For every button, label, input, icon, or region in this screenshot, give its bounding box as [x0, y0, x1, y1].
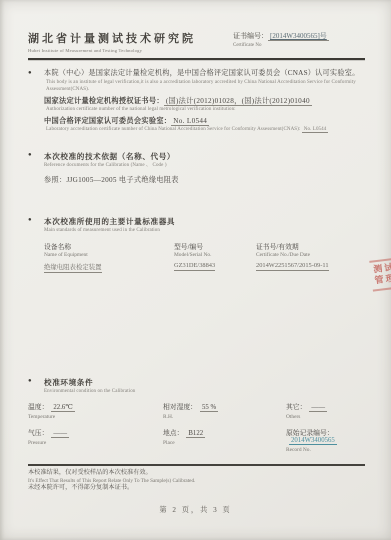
- environment-title-en: Environmental condition on the Calibrati…: [44, 388, 365, 395]
- standards-title-en: Main standards of measurement used in th…: [44, 227, 365, 234]
- certificate-no: 证书编号：[2014W3400565]号: [233, 31, 365, 41]
- equipment-name-value: 绝缘电阻表检定装置: [44, 262, 174, 271]
- reference-title-cn: 本次校准的技术依据（名称、代号）: [44, 151, 365, 162]
- page-number: 第 2 页，共 3 页: [0, 505, 391, 515]
- field-value: ——: [309, 404, 327, 412]
- cnas-en-label: Laboratory accreditation certificate num…: [46, 127, 302, 132]
- section-environment: ● 校准环境条件 Environmental condition on the …: [28, 377, 365, 395]
- bullet-icon: ●: [28, 378, 32, 384]
- col-header-en: Model/Serial No.: [174, 252, 256, 258]
- cnas-line-en: Laboratory accreditation certificate num…: [46, 126, 365, 133]
- footer-notes: 本校准结果，仅对受校样品的本次校准有效。 It's Effect That Re…: [28, 469, 365, 493]
- field-label: 气压：: [28, 430, 48, 437]
- standards-col-equipment: 设备名称 Name of Equipment 绝缘电阻表检定装置: [44, 241, 174, 271]
- col-header-en: Name of Equipment: [44, 252, 174, 258]
- field-label: 相对湿度：: [163, 404, 197, 411]
- cnas-label: 中国合格评定国家认可委员会实验室：: [44, 117, 171, 125]
- red-stamp: 测试 管理: [369, 257, 391, 291]
- field-value: B122: [186, 430, 205, 438]
- env-field-humidity: 相对湿度：55 % R.H.: [163, 401, 286, 424]
- field-label-en: R.H.: [163, 414, 286, 420]
- field-label: 其它：: [286, 404, 306, 411]
- bullet-icon: ●: [28, 152, 32, 158]
- certificate-no-label: 证书编号：: [233, 32, 268, 40]
- authorization-line-en: Authorization certificate number of the …: [46, 106, 365, 113]
- bullet-icon: ●: [28, 217, 32, 223]
- field-value: 55 %: [200, 404, 218, 412]
- institution-statement-en: This body is an institute of legal verif…: [46, 79, 365, 94]
- cnas-line: 中国合格评定国家认可委员会实验室：No. L0544: [44, 116, 365, 126]
- env-field-place: 地点：B122 Place: [163, 427, 286, 457]
- authorization-label: 国家法定计量检定机构授权证书号：: [44, 97, 164, 105]
- validity-note-cn: 本校准结果，仅对受校样品的本次校准有效。: [28, 469, 365, 478]
- env-field-others: 其它：—— Others: [286, 401, 365, 424]
- certificate-no-block: 证书编号：[2014W3400565]号 Certificate No: [233, 30, 365, 48]
- field-value: 2014W3400565: [289, 437, 337, 445]
- bullet-icon: ●: [28, 70, 32, 76]
- institution-statement-cn: 本院（中心）是国家法定计量检定机构，是中国合格评定国家认可委员会（CNAS）认可…: [44, 69, 365, 79]
- certificate-no-label-en: Certificate No: [233, 43, 365, 48]
- certificate-due-value: 2014W2251567/2015-09-11: [256, 262, 365, 269]
- reference-document: 参照：JJG1005—2005 电子式绝缘电阻表: [44, 175, 365, 185]
- authorization-line: 国家法定计量检定机构授权证书号：(国)法计(2012)01028，(国)法计(2…: [44, 96, 365, 106]
- field-label: 温度：: [28, 404, 48, 411]
- section-standards: ● 本次校准所使用的主要计量标准器具 Main standards of mea…: [28, 216, 365, 234]
- authorization-value: (国)法计(2012)01028，(国)法计(2012)01040: [164, 97, 312, 106]
- field-label: 地点：: [163, 430, 183, 437]
- col-header-cn: 设备名称: [44, 241, 174, 251]
- header-rule: [28, 58, 365, 60]
- standards-table: 设备名称 Name of Equipment 绝缘电阻表检定装置 型号/编号 M…: [44, 241, 365, 271]
- col-header-en: Certificate No./Due Date: [256, 252, 365, 258]
- stamp-line-2: 管理: [374, 273, 391, 287]
- field-value: 22.6℃: [51, 404, 75, 412]
- field-label-en: Record No.: [286, 447, 365, 453]
- cnas-value: No. L0544: [171, 117, 209, 126]
- col-header-cn: 证书号/有效期: [256, 241, 365, 251]
- footer-rule: [28, 464, 365, 466]
- cnas-en-value: No. L0544: [302, 127, 329, 133]
- field-label-en: Pressure: [28, 440, 163, 446]
- col-header-cn: 型号/编号: [174, 241, 256, 251]
- environment-title-cn: 校准环境条件: [44, 377, 365, 388]
- header: 湖北省计量测试技术研究院 Hubei Institute of Measurem…: [28, 30, 365, 53]
- certificate-no-value: [2014W3400565]号: [268, 32, 329, 41]
- reference-title-en: Reference documents for the Calibration …: [44, 162, 365, 169]
- field-label-en: Place: [163, 440, 286, 446]
- copy-note-cn: 未经本院许可，不得部分复制本证书。: [28, 484, 365, 493]
- standards-col-certificate: 证书号/有效期 Certificate No./Due Date 2014W22…: [256, 241, 365, 271]
- institute-title: 湖北省计量测试技术研究院: [28, 30, 196, 46]
- standards-title-cn: 本次校准所使用的主要计量标准器具: [44, 216, 365, 227]
- standards-col-model: 型号/编号 Model/Serial No. GZ31DE/38843: [174, 241, 256, 271]
- certificate-page: 湖北省计量测试技术研究院 Hubei Institute of Measurem…: [0, 0, 391, 540]
- institute-title-en: Hubei Institute of Measurement and Testi…: [28, 48, 196, 53]
- env-field-temperature: 温度：22.6℃ Temperature: [28, 401, 163, 424]
- field-label-en: Temperature: [28, 414, 163, 420]
- field-value: ——: [51, 430, 69, 438]
- section-institution: ● 本院（中心）是国家法定计量检定机构，是中国合格评定国家认可委员会（CNAS）…: [28, 69, 365, 134]
- environment-table: 温度：22.6℃ Temperature 相对湿度：55 % R.H. 其它：—…: [28, 401, 365, 460]
- institute-block: 湖北省计量测试技术研究院 Hubei Institute of Measurem…: [28, 30, 196, 53]
- model-serial-value: GZ31DE/38843: [174, 262, 256, 269]
- field-label: 原始记录编号：: [286, 430, 334, 437]
- env-field-record-no: 原始记录编号：2014W3400565 Record No.: [286, 427, 365, 457]
- env-field-pressure: 气压：—— Pressure: [28, 427, 163, 457]
- field-label-en: Others: [286, 414, 365, 420]
- section-reference: ● 本次校准的技术依据（名称、代号） Reference documents f…: [28, 151, 365, 185]
